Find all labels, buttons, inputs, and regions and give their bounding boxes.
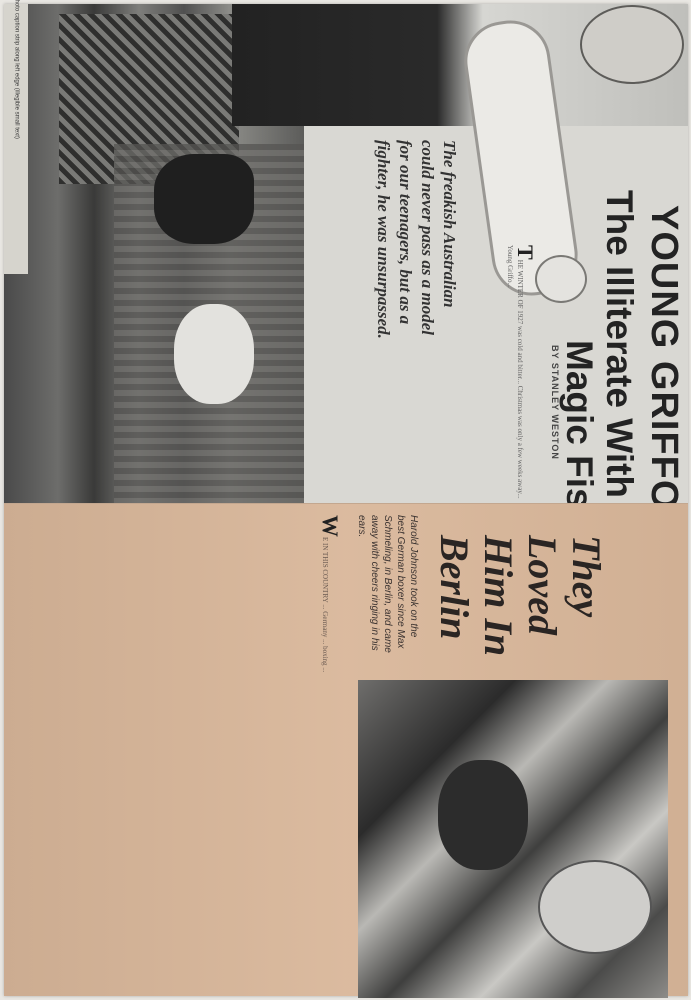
body-top-text: HE WINTER OF 1927 was cold and bitter...… bbox=[506, 245, 524, 499]
boxing-glove bbox=[438, 760, 528, 870]
headline-young-griffo: YOUNG GRIFFO bbox=[642, 205, 685, 510]
byline: BY STANLEY WESTON bbox=[550, 345, 560, 460]
boxer-face bbox=[538, 860, 652, 954]
boxer-fist bbox=[535, 255, 587, 303]
body-berlin-text: E IN THIS COUNTRY ... Germany ... boxing… bbox=[321, 537, 329, 673]
photo-caption-strip: Photo caption strip along left edge (ill… bbox=[4, 4, 28, 274]
player-dark bbox=[154, 154, 254, 244]
photo-caption-text: Photo caption strip along left edge (ill… bbox=[13, 0, 21, 261]
deck-berlin: Harold Johnson took on the best German b… bbox=[355, 515, 420, 655]
drop-cap-w: W bbox=[318, 515, 343, 537]
body-berlin: WE IN THIS COUNTRY ... Germany ... boxin… bbox=[320, 515, 335, 975]
player-light bbox=[174, 304, 254, 404]
drop-cap-t: T bbox=[513, 245, 538, 260]
boxing-match-photo bbox=[358, 680, 668, 998]
deck-top: The freakish Australian could never pass… bbox=[372, 140, 460, 340]
body-top: THE WINTER OF 1927 was cold and bitter..… bbox=[505, 245, 530, 500]
boxer-head bbox=[580, 5, 684, 84]
headline-berlin: They Loved Him In Berlin bbox=[432, 535, 608, 685]
